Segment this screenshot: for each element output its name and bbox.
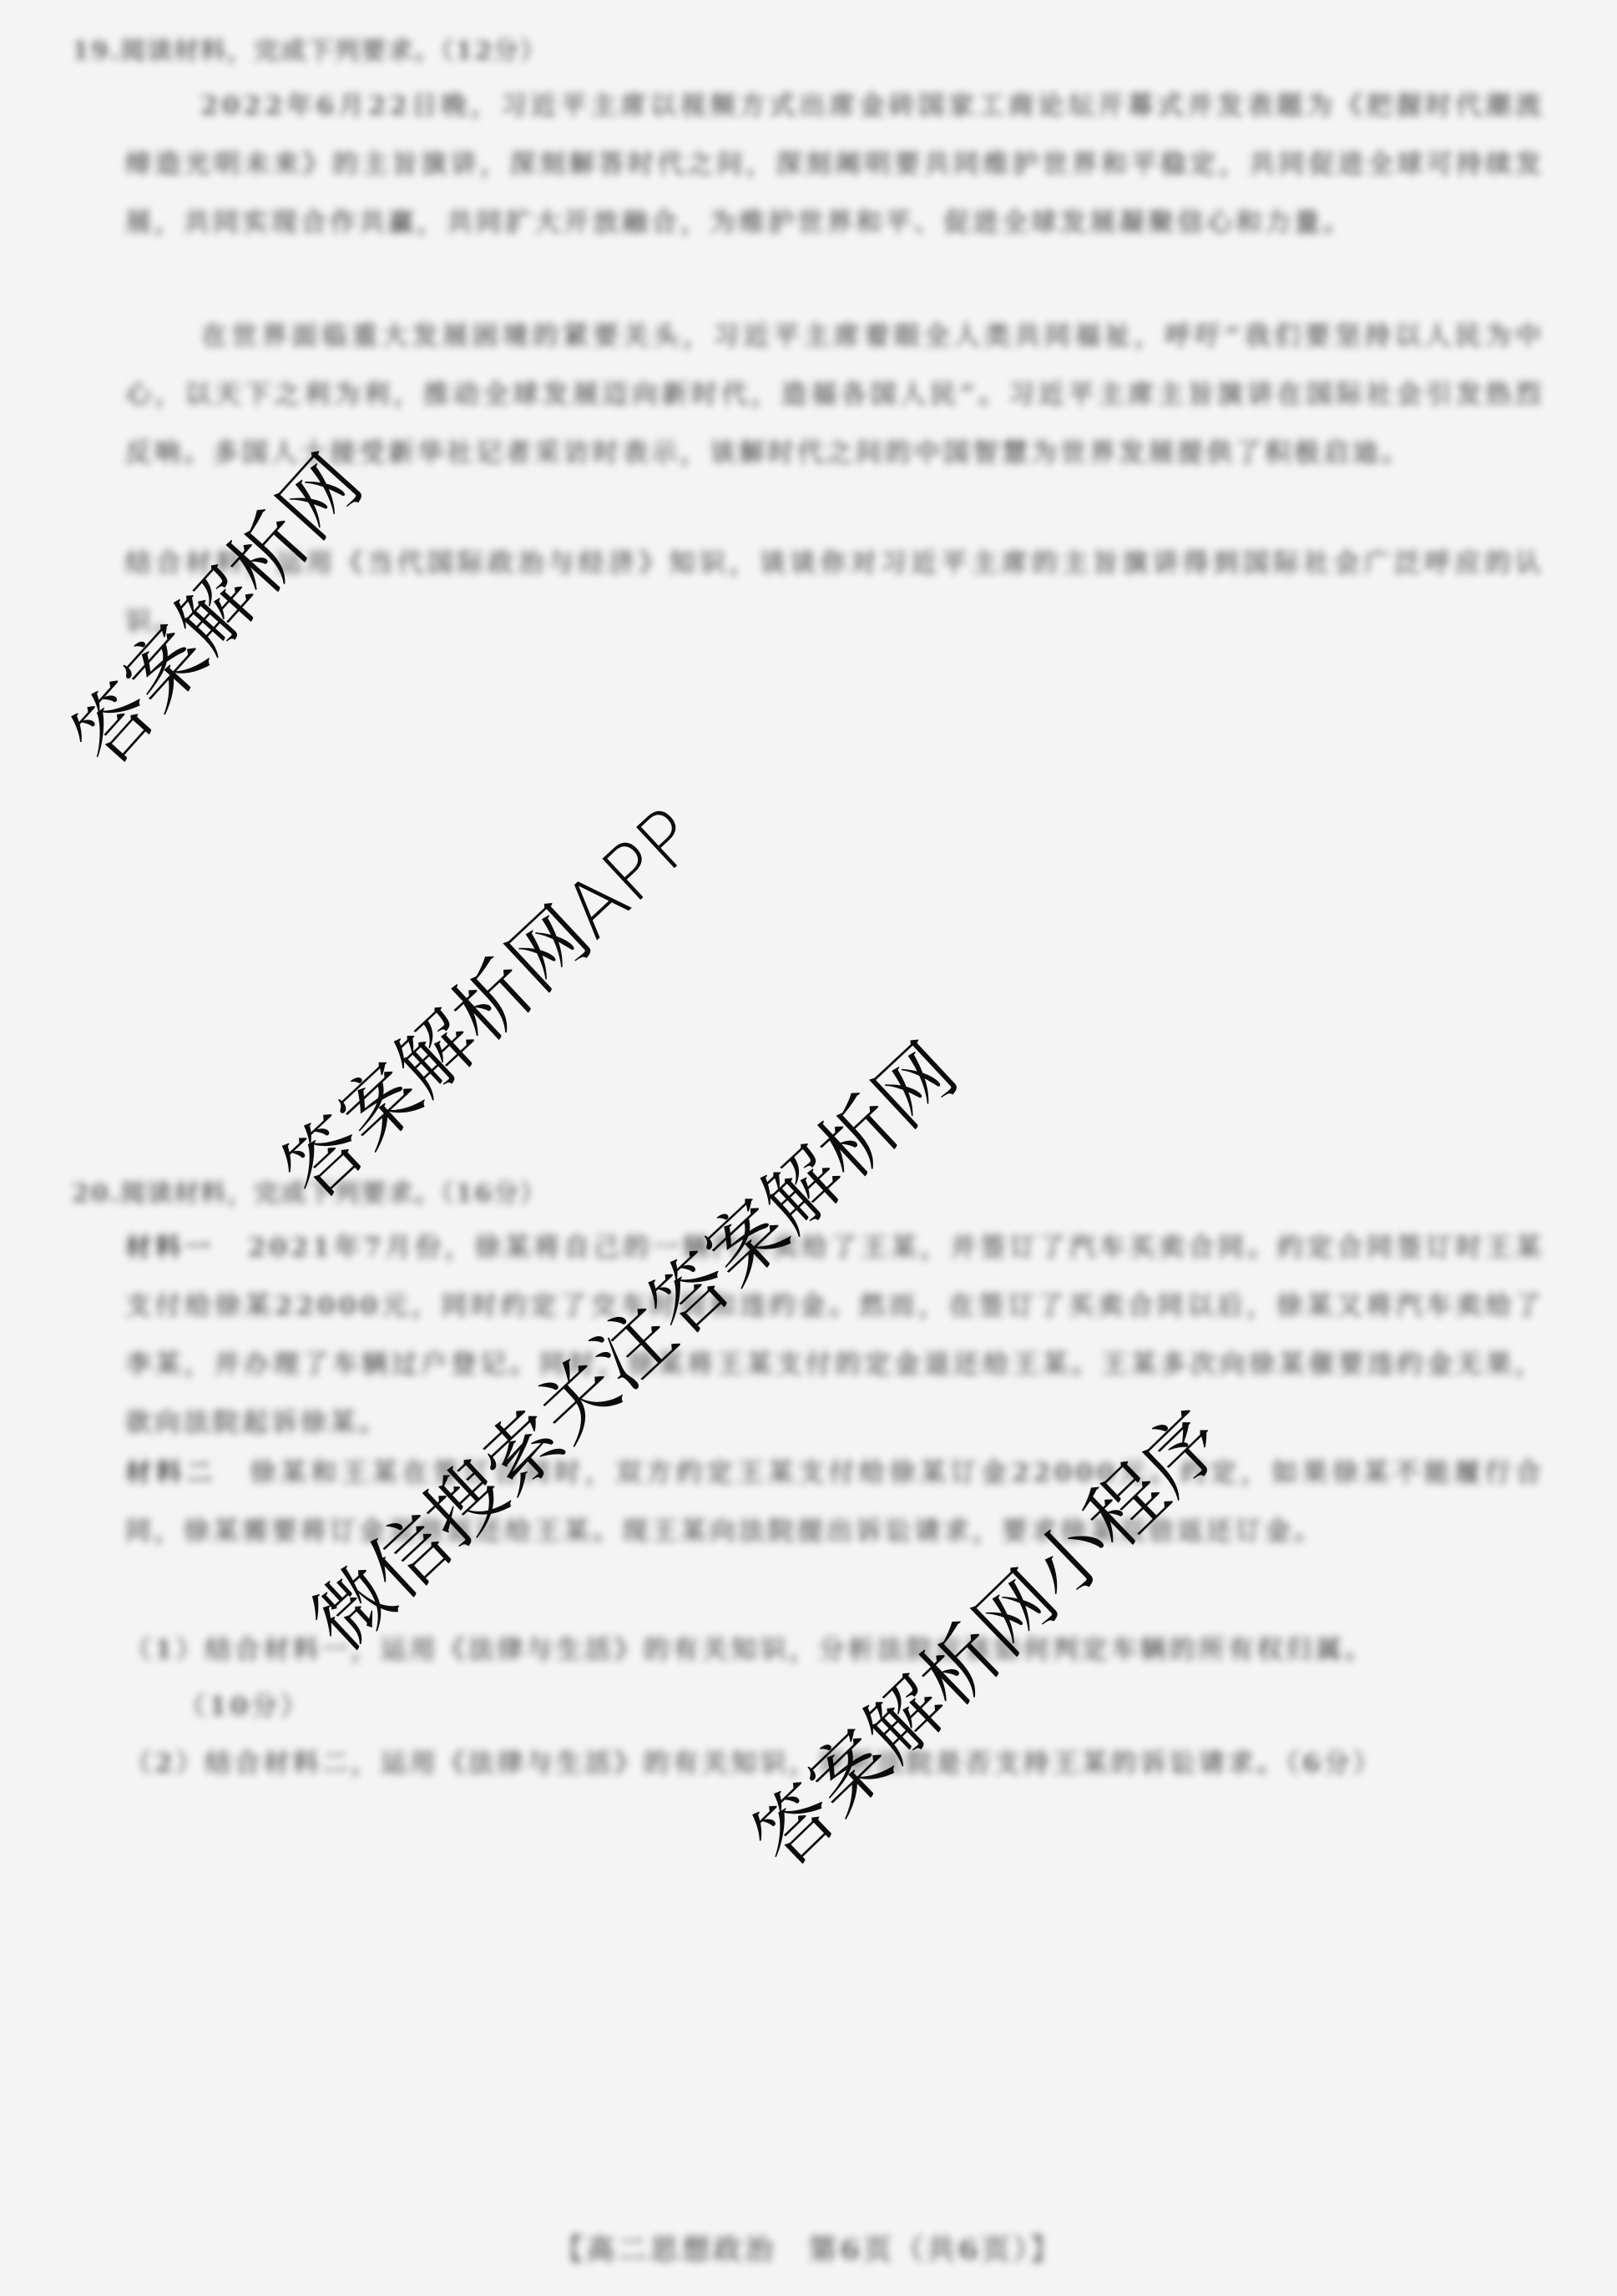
- watermark-2: 答案解析网APP: [255, 779, 717, 1220]
- material-1-label: 材料一: [125, 1233, 215, 1263]
- question-19-title: 19.阅读材料，完成下列要求。（12分）: [72, 30, 547, 67]
- question-19-paragraph-1: 2022年6月22日晚，习近平主席以视频方式出席金砖国家工商论坛开幕式并发表题为…: [125, 77, 1544, 252]
- material-2-text: 徐某和王某在签订合同时，双方约定王某支付给徐某订金22000元。约定，如果徐某不…: [125, 1458, 1544, 1547]
- question-19-paragraph-2: 在世界面临重大发展困境的紧要关头，习近平主席着眼全人类共同福祉，呼吁“我们要坚持…: [125, 307, 1544, 482]
- question-20-material-1: 材料一2021年7月份，徐某将自己的一辆汽车卖给了王某，并签订了汽车买卖合同。约…: [125, 1219, 1544, 1452]
- paragraph-text: 在世界面临重大发展困境的紧要关头，习近平主席着眼全人类共同福祉，呼吁“我们要坚持…: [125, 321, 1544, 468]
- page-footer: 【高二思想政治 第6页（共6页）】: [0, 2227, 1617, 2268]
- question-19-prompt: 结合材料，运用《当代国际政治与经济》知识，谈谈你对习近平主席的主旨演讲得到国际社…: [125, 534, 1544, 651]
- material-1-text: 2021年7月份，徐某将自己的一辆汽车卖给了王某，并签订了汽车买卖合同。约定合同…: [125, 1233, 1544, 1438]
- paragraph-text: 2022年6月22日晚，习近平主席以视频方式出席金砖国家工商论坛开幕式并发表题为…: [125, 91, 1544, 238]
- material-2-label: 材料二: [125, 1458, 216, 1488]
